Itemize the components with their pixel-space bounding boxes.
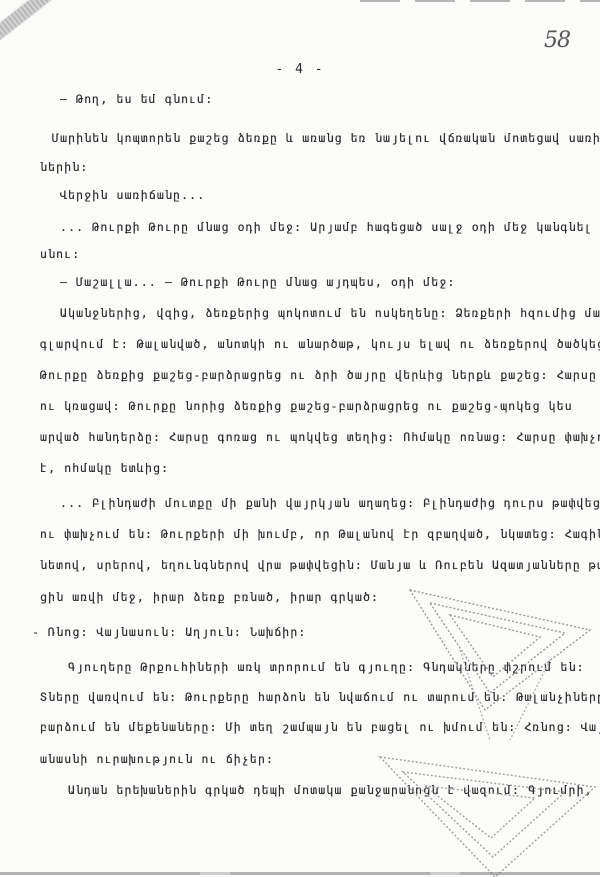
- text-line: սնու:: [40, 247, 80, 261]
- text-line: նետով, սրերով, եղունգներով վրա թափվեցին:…: [40, 558, 600, 572]
- text-line: Մարինեն կոպտորեն քաշեց ձեռքը և առանց եռ …: [52, 131, 600, 145]
- text-line: ու կռացավ: Թուրքը նորից ձեռքից քաշեց-բար…: [40, 399, 573, 413]
- scan-bottom-edge: [0, 872, 600, 875]
- text-line: ... Թուրքի Թուրը մնաց օդի մեջ: Արյամբ հա…: [60, 220, 600, 234]
- text-line: - Ռնոց: Վայնասուն: Աղյուն: Նախճիր:: [32, 625, 307, 639]
- text-line: – Թող, ես եմ գնում:: [60, 92, 213, 106]
- text-line: Թուրքը ձեռքից քաշեց-բարձրացրեց ու ձրի ծա…: [40, 368, 600, 382]
- text-line: անասնի ուրախություն ու ճիչեր:: [40, 752, 274, 766]
- text-line: ցին առվի մեջ, իրար ձեռք բռնած, իրար գրկա…: [40, 590, 379, 604]
- page-number: - 4 -: [0, 62, 600, 77]
- scan-edge-line: [360, 0, 600, 2]
- text-line: է, ոհմակը ետևից:: [40, 461, 169, 475]
- text-line: ու փախչում են: Թուրքերի մի խումբ, որ Թալ…: [40, 527, 600, 541]
- text-line: գլարվում է: Թալանված, անոտկի ու անարծաթ,…: [40, 337, 600, 351]
- text-line: ... Բլինդաժի մուտքը մի քանի վայրկյան աղա…: [60, 496, 600, 510]
- text-line: արված հանդերձը: Հարսը գոռաց ու պոկվեց տե…: [40, 430, 600, 444]
- text-line: – Մաշալլա... – Թուրքի Թուրը մնաց այդպես,…: [60, 275, 456, 289]
- document-page: 58 - 4 - – Թող, ես եմ գնում:Մարինեն կոպտ…: [0, 0, 600, 877]
- text-line: Վերջին սառիճանը...: [60, 188, 205, 202]
- stamp-tail-mark: [420, 640, 560, 750]
- text-line: Ականջներից, վզից, ձեռքերից պոկոտում են ո…: [60, 306, 600, 320]
- text-line: ներին:: [40, 160, 88, 174]
- triangular-stamp-lower: [375, 752, 600, 877]
- handwritten-folio-number: 58: [544, 28, 570, 53]
- scan-smudge-mark: [0, 0, 79, 53]
